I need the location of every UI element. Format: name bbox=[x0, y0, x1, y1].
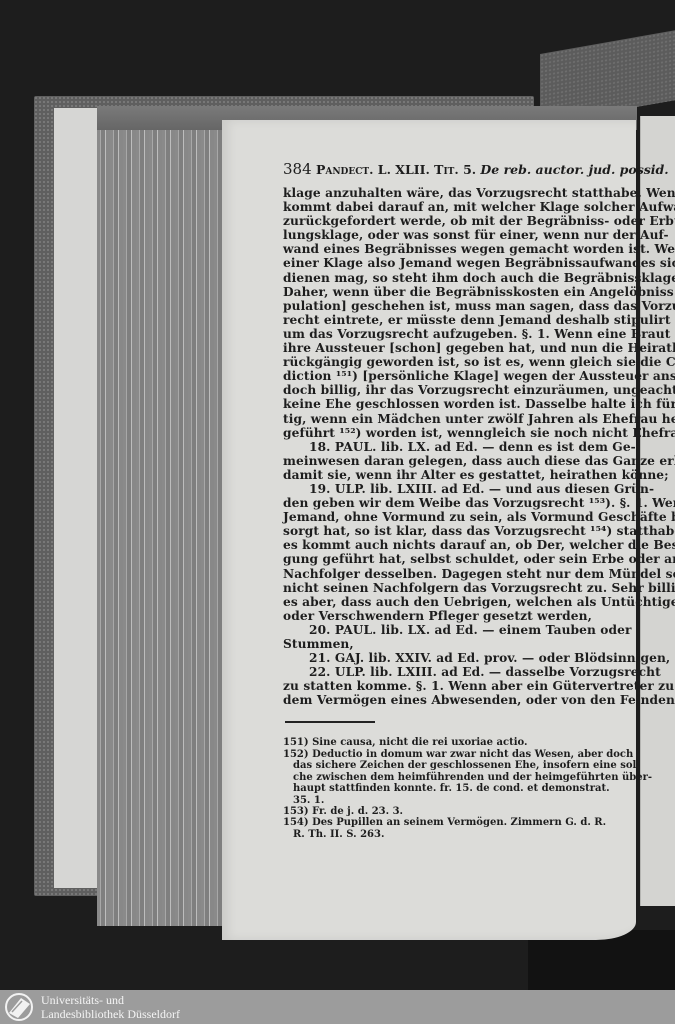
text-line: sorgt hat, so ist klar, dass das Vorzugs… bbox=[283, 524, 643, 538]
endpaper bbox=[54, 108, 100, 888]
footnote-line: 35. 1. bbox=[283, 795, 643, 806]
text-line: lungsklage, oder was sonst für einer, we… bbox=[283, 228, 643, 242]
library-name: Universitäts- und Landesbibliothek Düsse… bbox=[41, 993, 180, 1021]
text-line: Stummen, bbox=[283, 637, 643, 651]
text-line: um das Vorzugsrecht aufzugeben. §. 1. We… bbox=[283, 327, 643, 341]
library-name-line1: Universitäts- und bbox=[41, 993, 180, 1007]
footnote-line: 154) Des Pupillen an seinem Vermögen. Zi… bbox=[283, 817, 643, 828]
text-line: nicht seinen Nachfolgern das Vorzugsrech… bbox=[283, 581, 643, 595]
text-line: geführt ¹⁵²) worden ist, wenngleich sie … bbox=[283, 426, 643, 440]
text-line: tig, wenn ein Mädchen unter zwölf Jahren… bbox=[283, 412, 643, 426]
text-line: keine Ehe geschlossen worden ist. Dassel… bbox=[283, 397, 643, 411]
text-line: es kommt auch nichts darauf an, ob Der, … bbox=[283, 538, 643, 552]
page-number: 384 bbox=[283, 160, 312, 178]
footnote-rule bbox=[285, 721, 375, 723]
text-line: gung geführt hat, selbst schuldet, oder … bbox=[283, 552, 643, 566]
text-line: zu statten komme. §. 1. Wenn aber ein Gü… bbox=[283, 679, 643, 693]
footnotes: 151) Sine causa, nicht die rei uxoriae a… bbox=[283, 737, 643, 840]
text-line: 21. GAJ. lib. XXIV. ad Ed. prov. — oder … bbox=[283, 651, 643, 665]
page-text: 384 Pandect. L. XLII. Tit. 5. De reb. au… bbox=[283, 160, 643, 840]
text-line: klage anzuhalten wäre, das Vorzugsrecht … bbox=[283, 186, 643, 200]
text-line: kommt dabei darauf an, mit welcher Klage… bbox=[283, 200, 643, 214]
text-line: Jemand, ohne Vormund zu sein, als Vormun… bbox=[283, 510, 643, 524]
footnote-line: das sichere Zeichen der geschlossenen Eh… bbox=[283, 760, 643, 771]
library-book-logo-icon bbox=[3, 992, 35, 1022]
body-text: klage anzuhalten wäre, das Vorzugsrecht … bbox=[283, 186, 643, 707]
running-head: Pandect. L. XLII. Tit. 5. bbox=[316, 162, 476, 177]
text-line: 22. ULP. lib. LXIII. ad Ed. — dasselbe V… bbox=[283, 665, 643, 679]
text-line: es aber, dass auch den Uebrigen, welchen… bbox=[283, 595, 643, 609]
footnote-line: 153) Fr. de j. d. 23. 3. bbox=[283, 806, 643, 817]
text-line: Daher, wenn über die Begräbnisskosten ei… bbox=[283, 285, 643, 299]
text-line: 19. ULP. lib. LXIII. ad Ed. — und aus di… bbox=[283, 482, 643, 496]
footnote-line: che zwischen dem heimführenden und der h… bbox=[283, 772, 643, 783]
text-line: wand eines Begräbnisses wegen gemacht wo… bbox=[283, 242, 643, 256]
text-line: ihre Aussteuer [schon] gegeben hat, und … bbox=[283, 341, 643, 355]
text-line: doch billig, ihr das Vorzugsrecht einzur… bbox=[283, 383, 643, 397]
running-title: De reb. auctor. jud. possid. bbox=[480, 162, 668, 177]
text-line: oder Verschwendern Pfleger gesetzt werde… bbox=[283, 609, 643, 623]
page-stack-edge bbox=[97, 106, 227, 926]
text-line: rückgängig geworden ist, so ist es, wenn… bbox=[283, 355, 643, 369]
text-line: pulation] geschehen ist, muss man sagen,… bbox=[283, 299, 643, 313]
text-line: meinwesen daran gelegen, dass auch diese… bbox=[283, 454, 643, 468]
footnote-line: R. Th. II. S. 263. bbox=[283, 829, 643, 840]
running-header: 384 Pandect. L. XLII. Tit. 5. De reb. au… bbox=[283, 160, 643, 178]
text-line: diction ¹⁵¹) [persönliche Klage] wegen d… bbox=[283, 369, 643, 383]
text-line: einer Klage also Jemand wegen Begräbniss… bbox=[283, 256, 643, 270]
text-line: Nachfolger desselben. Dagegen steht nur … bbox=[283, 567, 643, 581]
footnote-line: 151) Sine causa, nicht die rei uxoriae a… bbox=[283, 737, 643, 748]
text-line: den geben wir dem Weibe das Vorzugsrecht… bbox=[283, 496, 643, 510]
text-line: dienen mag, so steht ihm doch auch die B… bbox=[283, 271, 643, 285]
footnote-line: haupt stattfinden konnte. fr. 15. de con… bbox=[283, 783, 643, 794]
text-line: zurückgefordert werde, ob mit der Begräb… bbox=[283, 214, 643, 228]
text-line: damit sie, wenn ihr Alter es gestattet, … bbox=[283, 468, 643, 482]
text-line: dem Vermögen eines Abwesenden, oder von … bbox=[283, 693, 643, 707]
library-name-line2: Landesbibliothek Düsseldorf bbox=[41, 1007, 180, 1021]
footnote-line: 152) Deductio in domum war zwar nicht da… bbox=[283, 749, 643, 760]
text-line: 18. PAUL. lib. LX. ad Ed. — denn es ist … bbox=[283, 440, 643, 454]
text-line: recht eintrete, er müsste denn Jemand de… bbox=[283, 313, 643, 327]
text-line: 20. PAUL. lib. LX. ad Ed. — einem Tauben… bbox=[283, 623, 643, 637]
